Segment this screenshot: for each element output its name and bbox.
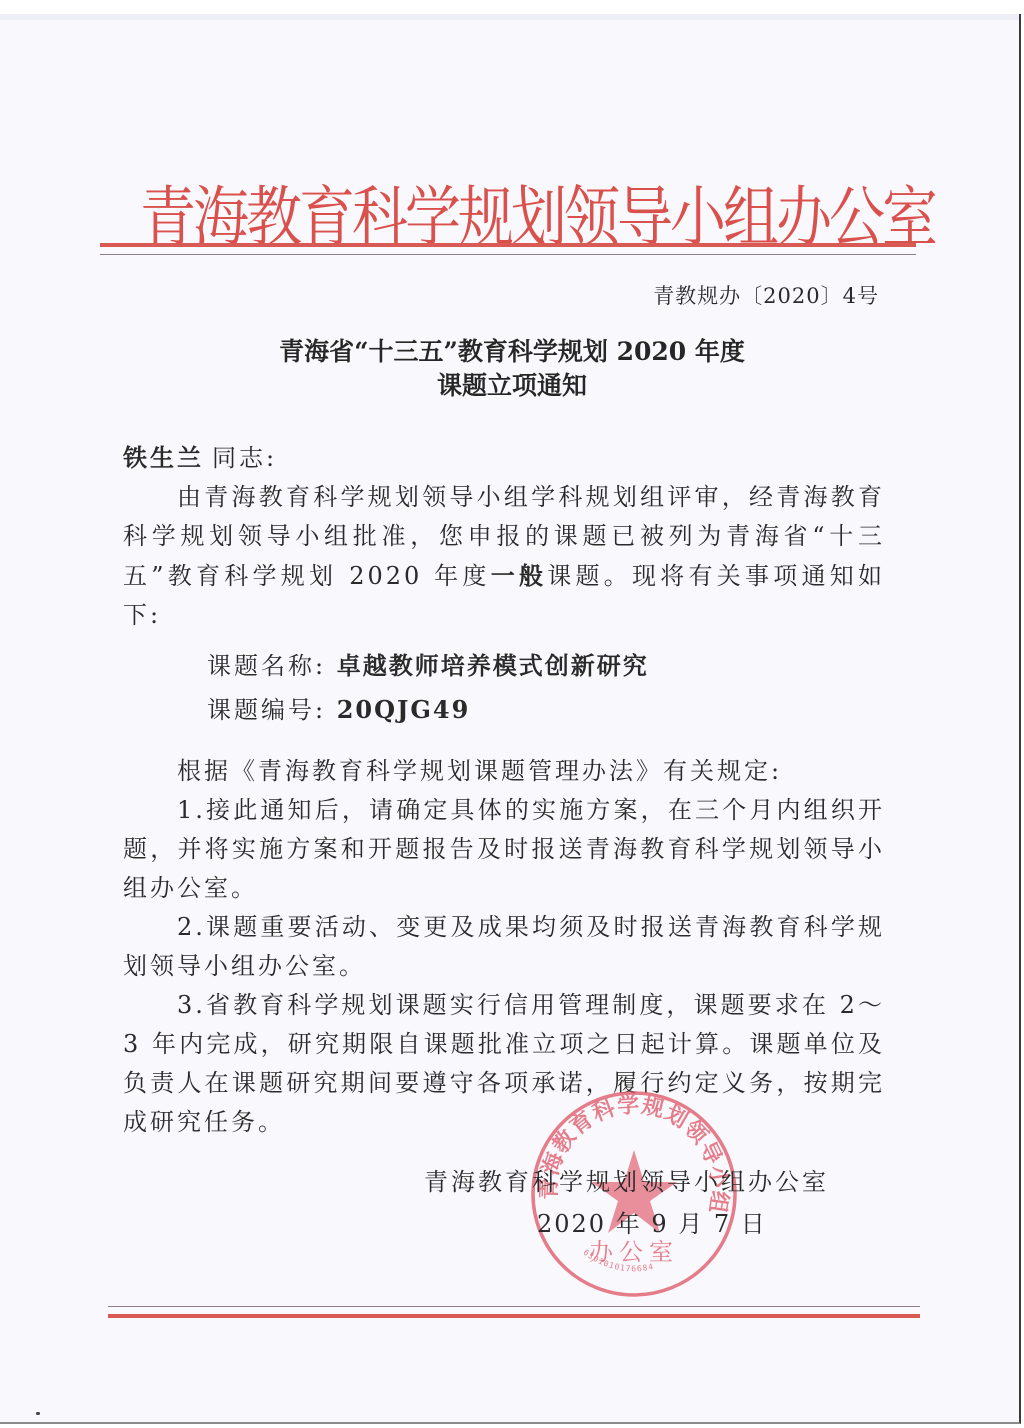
regulations: 根据《青海教育科学规划课题管理办法》有关规定: 1.接此通知后，请确定具体的实施…	[123, 752, 885, 1142]
recipient-honorific: 同志:	[212, 444, 277, 472]
header-rule-thick	[100, 243, 916, 247]
regulation-item-3: 3.省教育科学规划课题实行信用管理制度，课题要求在 2～3 年内完成，研究期限自…	[123, 986, 885, 1142]
header-rule-thin	[100, 254, 916, 255]
project-category: 一般	[491, 561, 548, 590]
letter-body: 铁生兰同志: 由青海教育科学规划领导小组学科规划组评审，经青海教育科学规划领导小…	[123, 438, 885, 635]
project-number-label: 课题编号:	[207, 696, 326, 724]
letterhead-title: 青海教育科学规划领导小组办公室	[140, 174, 870, 264]
regulations-lead: 根据《青海教育科学规划课题管理办法》有关规定:	[123, 752, 885, 791]
project-name-label: 课题名称:	[207, 652, 326, 680]
intro-paragraph: 由青海教育科学规划领导小组学科规划组评审，经青海教育科学规划领导小组批准，您申报…	[123, 478, 885, 635]
project-name-value: 卓越教师培养模式创新研究	[337, 651, 649, 680]
regulation-item-1: 1.接此通知后，请确定具体的实施方案，在三个月内组织开题，并将实施方案和开题报告…	[123, 791, 885, 908]
project-number-value: 20QJG49	[337, 695, 471, 724]
signature-date: 2020 年 9 月 7 日	[537, 1204, 767, 1239]
signature-organization: 青海教育科学规划领导小组办公室	[424, 1162, 829, 1197]
salutation: 铁生兰同志:	[123, 438, 885, 478]
footer-rule-thick	[108, 1314, 920, 1318]
project-name-row: 课题名称: 卓越教师培养模式创新研究	[123, 644, 885, 688]
project-number-row: 课题编号: 20QJG49	[123, 688, 885, 732]
regulation-item-2: 2.课题重要活动、变更及成果均须及时报送青海教育科学规划领导小组办公室。	[123, 908, 885, 986]
notice-title-line2: 课题立项通知	[0, 366, 1024, 402]
scan-speck	[36, 1412, 40, 1415]
project-info: 课题名称: 卓越教师培养模式创新研究 课题编号: 20QJG49	[123, 644, 885, 732]
document-number: 青教规办〔2020〕4号	[653, 280, 879, 310]
notice-title-line1: 青海省“十三五”教育科学规划 2020 年度	[0, 332, 1024, 368]
footer-rule-thin	[108, 1306, 920, 1307]
recipient-name: 铁生兰	[123, 443, 204, 472]
document-page: 青海教育科学规划领导小组办公室 青教规办〔2020〕4号 青海省“十三五”教育科…	[0, 14, 1021, 1424]
